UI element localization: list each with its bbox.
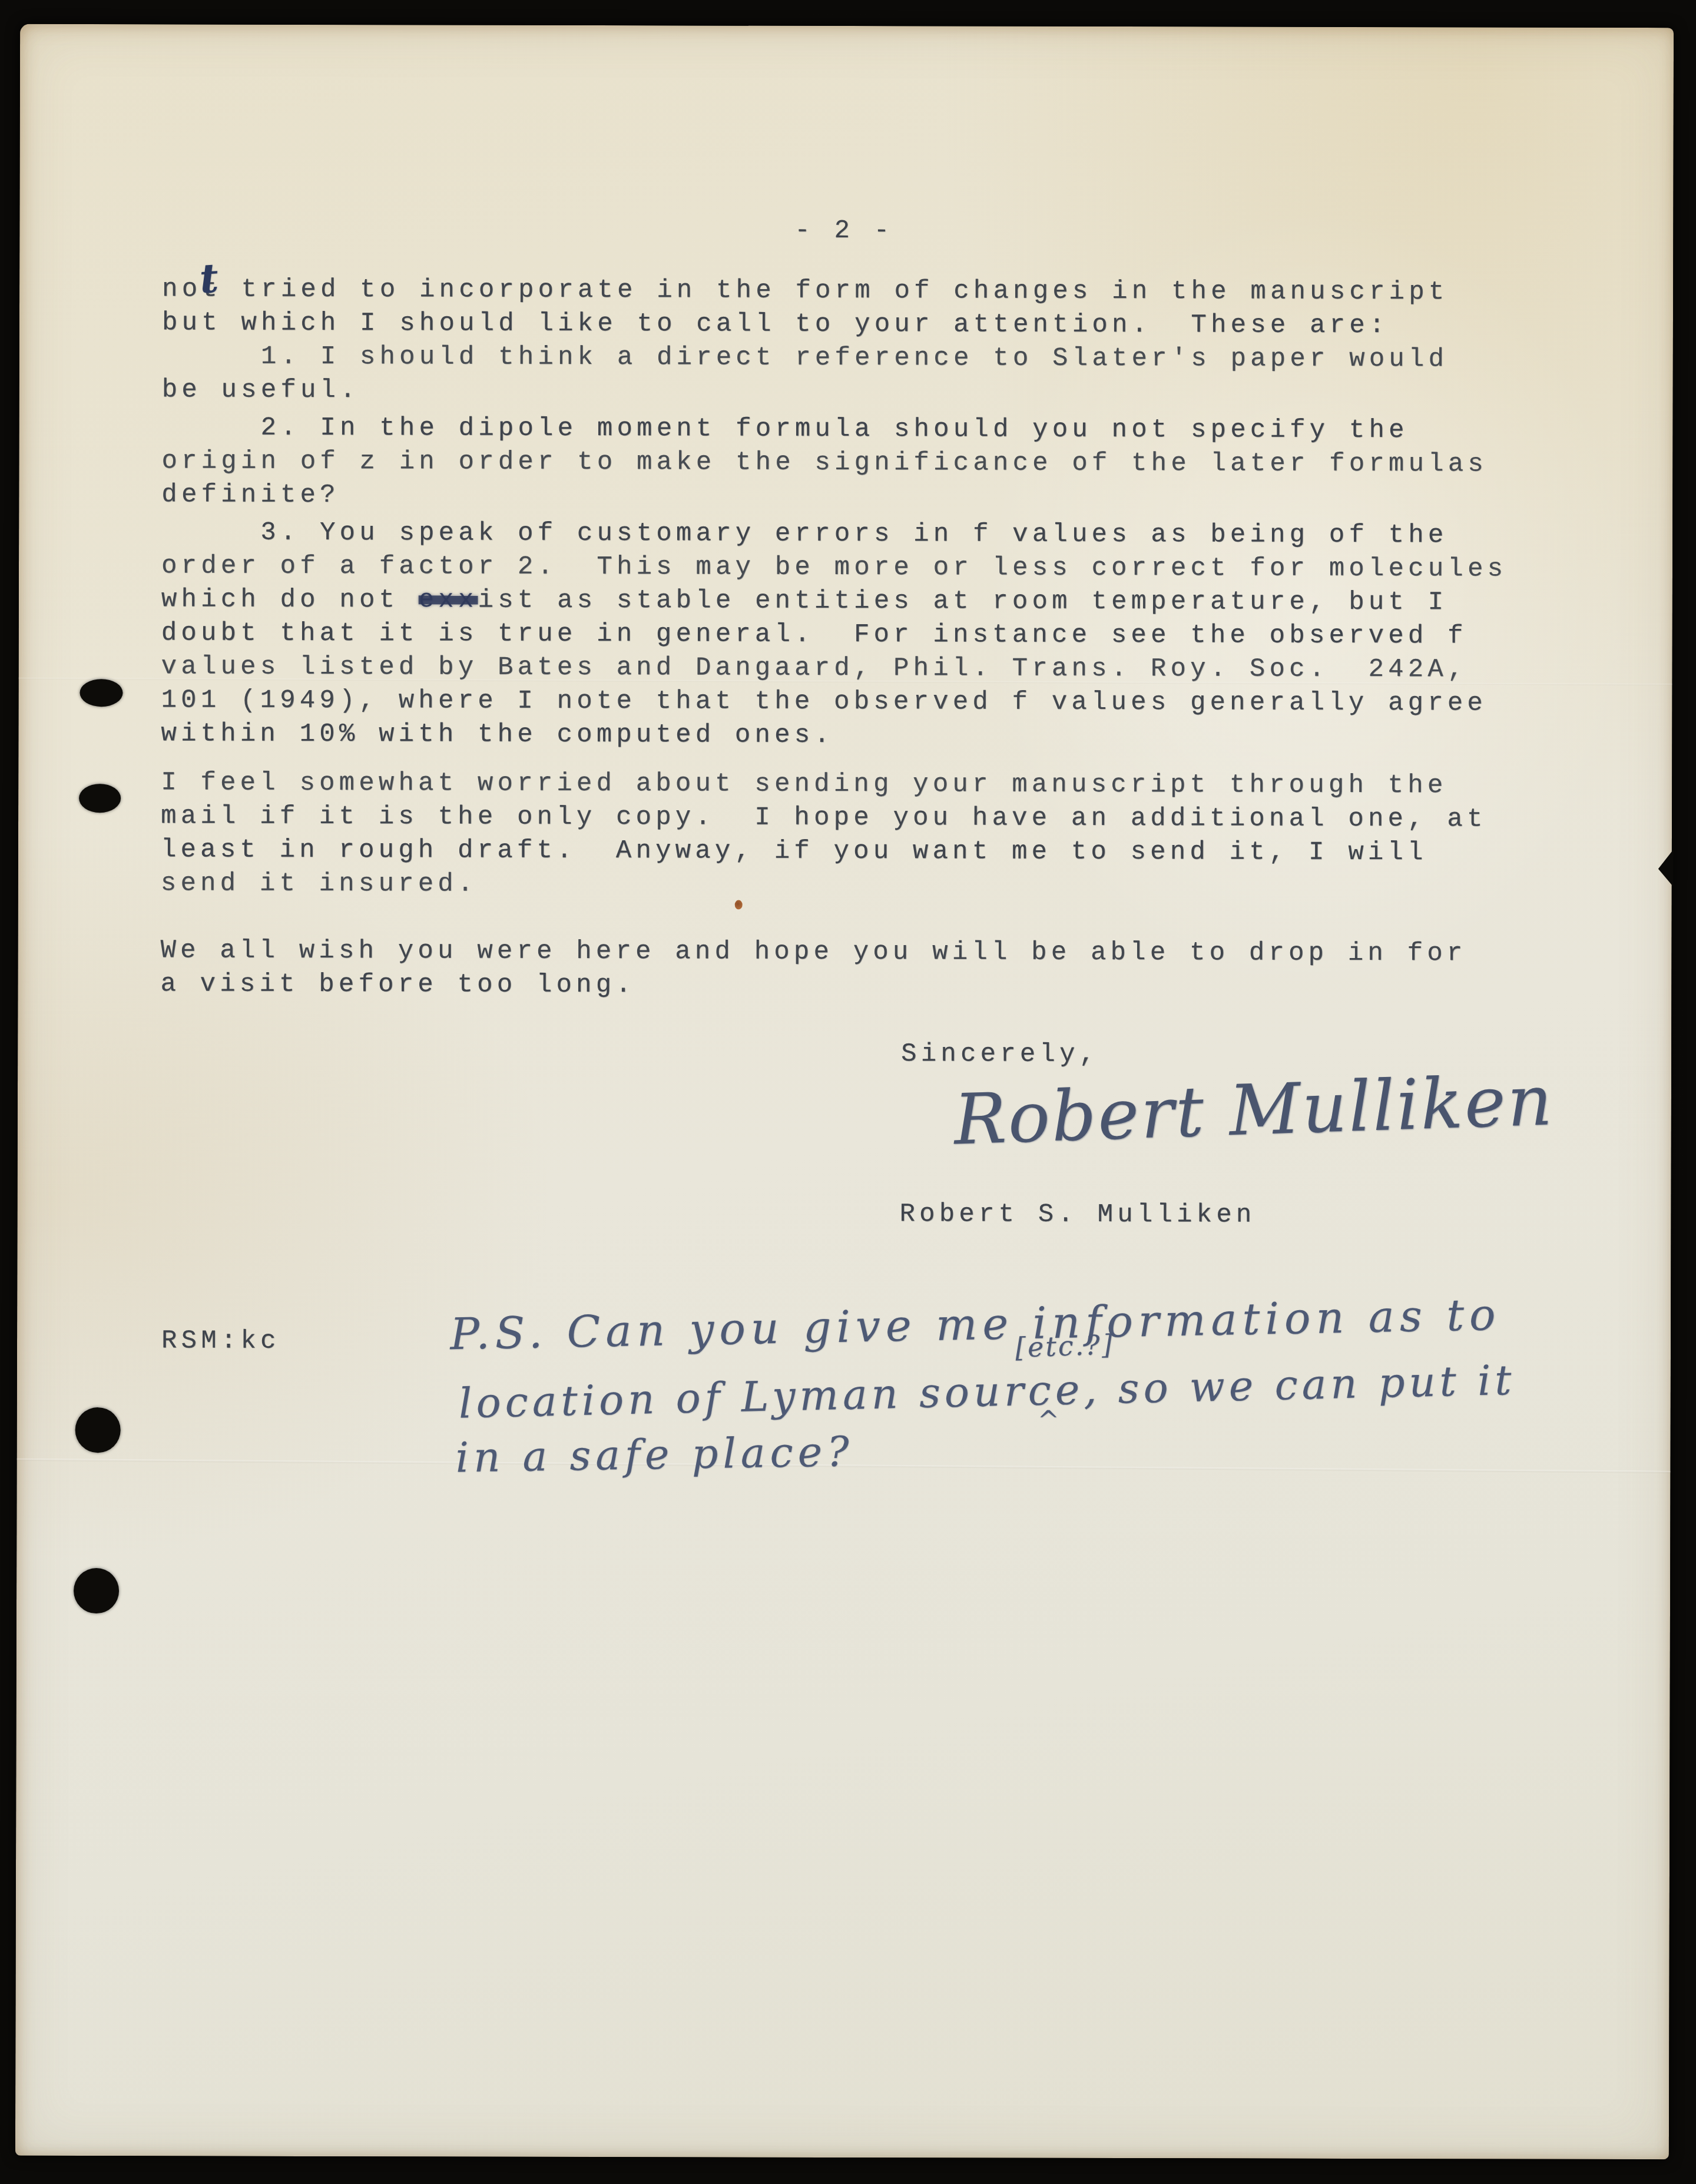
typed-line: values listed by Bates and Dangaard, Phi… bbox=[161, 650, 1468, 687]
typed-text: be useful. bbox=[162, 375, 360, 405]
typed-text: send it insured. bbox=[161, 869, 478, 899]
typed-line: least in rough draft. Anyway, if you wan… bbox=[161, 833, 1427, 870]
typed-text: values listed by Bates and Dangaard, Phi… bbox=[161, 652, 1468, 684]
punch-hole-2 bbox=[79, 784, 121, 813]
ps-insertion-etc: [etc.?] bbox=[1015, 1328, 1114, 1363]
typed-line: 3. You speak of customary errors in f va… bbox=[161, 516, 1447, 552]
typed-line: within 10% with the computed ones. bbox=[161, 717, 834, 753]
typed-line: not tried to incorporate in the form of … bbox=[162, 273, 1448, 309]
punch-hole-1 bbox=[79, 679, 122, 707]
typed-line: mail if it is the only copy. I hope you … bbox=[161, 800, 1487, 836]
typed-text: 2. In the dipole moment formula should y… bbox=[161, 413, 1408, 445]
ps-line-1: P.S. Can you give me information as to bbox=[449, 1290, 1501, 1360]
typist-initials: RSM:kc bbox=[161, 1324, 280, 1358]
signature-handwritten: Robert Mulliken bbox=[953, 1059, 1555, 1160]
typed-text: mail if it is the only copy. I hope you … bbox=[161, 801, 1487, 834]
typed-line: 101 (1949), where I note that the observ… bbox=[161, 684, 1487, 720]
typed-line: be useful. bbox=[162, 373, 360, 407]
ps-line-2: location of Lyman source, so we can put … bbox=[458, 1356, 1516, 1428]
typed-line: order of a factor 2. This may be more or… bbox=[161, 549, 1507, 586]
typed-line: a visit before too long. bbox=[160, 967, 635, 1002]
ps-caret: ^ bbox=[1038, 1406, 1059, 1436]
typed-text: a visit before too long. bbox=[160, 969, 635, 1000]
page-number: - 2 - bbox=[794, 214, 893, 248]
typed-text: definite? bbox=[161, 480, 340, 510]
ps-line-3: in a safe place? bbox=[455, 1427, 854, 1482]
typed-line: We all wish you were here and hope you w… bbox=[160, 934, 1466, 970]
typed-text: 3. You speak of customary errors in f va… bbox=[161, 518, 1447, 550]
typed-line: I feel somewhat worried about sending yo… bbox=[161, 766, 1447, 803]
typed-text: order of a factor 2. This may be more or… bbox=[161, 551, 1507, 584]
edge-tear bbox=[1658, 849, 1674, 887]
typed-line: definite? bbox=[161, 478, 340, 512]
typed-text: 101 (1949), where I note that the observ… bbox=[161, 685, 1487, 718]
typed-line: send it insured. bbox=[161, 867, 478, 901]
typed-line: but which I should like to call to your … bbox=[162, 306, 1389, 343]
typed-text: but which I should like to call to your … bbox=[162, 308, 1389, 340]
typed-text: which do not bbox=[161, 585, 419, 615]
typed-text: not tried to incorporate in the form of … bbox=[162, 274, 1448, 307]
struck-out-text: exx bbox=[419, 585, 478, 615]
typed-text: origin of z in order to make the signifi… bbox=[161, 446, 1488, 479]
typed-signature-name: Robert S. Mulliken bbox=[899, 1198, 1256, 1232]
punch-hole-4 bbox=[74, 1568, 119, 1613]
handwritten-correction-t: t bbox=[198, 255, 220, 303]
typed-text: We all wish you were here and hope you w… bbox=[160, 936, 1466, 968]
typed-line: origin of z in order to make the signifi… bbox=[161, 445, 1488, 481]
closing-sincerely: Sincerely, bbox=[901, 1038, 1099, 1072]
typed-line: doubt that it is true in general. For in… bbox=[161, 617, 1468, 653]
typed-text: 1. I should think a direct reference to … bbox=[162, 342, 1448, 374]
typed-text: least in rough draft. Anyway, if you wan… bbox=[161, 835, 1427, 867]
letter-page: - 2 - not tried to incorporate in the fo… bbox=[15, 24, 1674, 2159]
typed-text: I feel somewhat worried about sending yo… bbox=[161, 768, 1447, 800]
typed-text: ist as stable entities at room temperatu… bbox=[478, 586, 1448, 618]
ink-fleck bbox=[735, 900, 743, 910]
punch-hole-3 bbox=[75, 1407, 121, 1453]
typed-text: within 10% with the computed ones. bbox=[161, 719, 834, 750]
typed-line: which do not exxist as stable entities a… bbox=[161, 583, 1447, 619]
typed-line: 1. I should think a direct reference to … bbox=[162, 340, 1448, 376]
typed-line: 2. In the dipole moment formula should y… bbox=[161, 411, 1408, 448]
typed-text: doubt that it is true in general. For in… bbox=[161, 618, 1468, 651]
